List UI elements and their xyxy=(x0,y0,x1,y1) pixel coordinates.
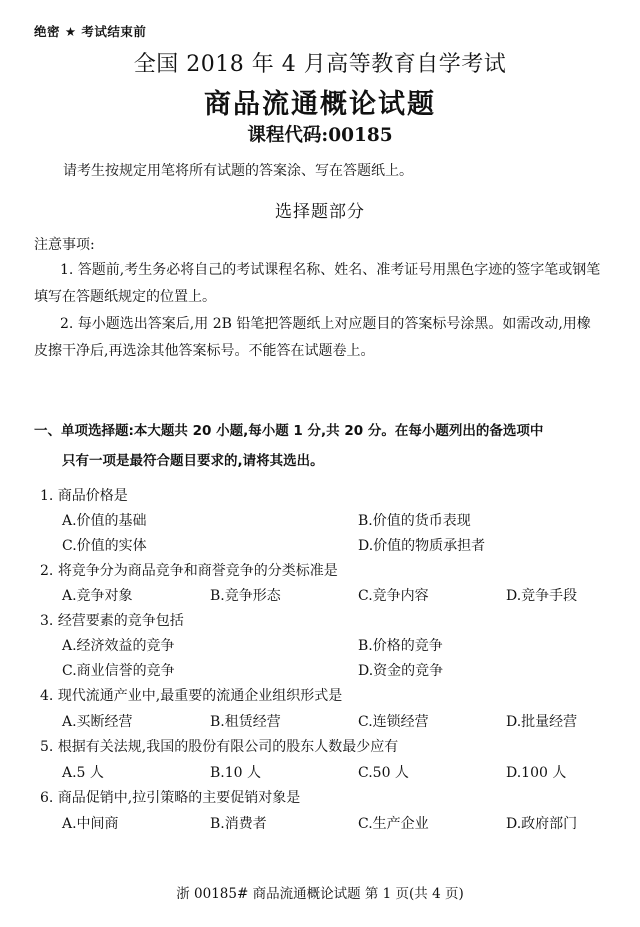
option-a: A.中间商 xyxy=(62,813,119,833)
exam-title: 全国 2018 年 4 月高等教育自学考试 xyxy=(0,47,640,78)
section-heading: 一、单项选择题:本大题共 20 小题,每小题 1 分,共 20 分。在每小题列出… xyxy=(34,419,543,439)
question-stem: 商品促销中,拉引策略的主要促销对象是 xyxy=(58,790,300,806)
note-line: 皮擦干净后,再选涂其他答案标号。不能答在试题卷上。 xyxy=(34,340,374,360)
option-b: B.竞争形态 xyxy=(210,585,281,605)
question-stem: 根据有关法规,我国的股份有限公司的股东人数最少应有 xyxy=(58,739,398,755)
question-3: 3. 经营要素的竞争包括 xyxy=(40,610,184,630)
note-line: 2. 每小题选出答案后,用 2B 铅笔把答题纸上对应题目的答案标号涂黑。如需改动… xyxy=(60,313,591,333)
question-number: 2. xyxy=(40,563,53,579)
option-a: A.买断经营 xyxy=(62,711,133,731)
question-4: 4. 现代流通产业中,最重要的流通企业组织形式是 xyxy=(40,685,342,705)
option-a: A.5 人 xyxy=(62,762,104,782)
question-number: 4. xyxy=(40,688,53,704)
course-code: 课程代码:00185 xyxy=(0,121,640,147)
question-2: 2. 将竞争分为商品竞争和商誉竞争的分类标准是 xyxy=(40,560,338,580)
question-stem: 经营要素的竞争包括 xyxy=(58,613,184,629)
question-stem: 现代流通产业中,最重要的流通企业组织形式是 xyxy=(58,688,342,704)
question-6: 6. 商品促销中,拉引策略的主要促销对象是 xyxy=(40,787,300,807)
option-d: D.批量经营 xyxy=(506,711,577,731)
confidential-mark: 绝密 ★ 考试结束前 xyxy=(34,22,146,40)
option-d: D.100 人 xyxy=(506,762,566,782)
option-d: D.竞争手段 xyxy=(506,585,577,605)
option-c: C.生产企业 xyxy=(358,813,429,833)
option-b: B.租赁经营 xyxy=(210,711,281,731)
question-stem: 将竞争分为商品竞争和商誉竞争的分类标准是 xyxy=(58,563,338,579)
question-number: 6. xyxy=(40,790,53,806)
option-d: D.价值的物质承担者 xyxy=(358,535,485,555)
note-line: 1. 答题前,考生务必将自己的考试课程名称、姓名、准考证号用黑色字迹的签字笔或钢… xyxy=(60,259,600,279)
option-b: B.价格的竞争 xyxy=(358,635,443,655)
question-number: 1. xyxy=(40,488,53,504)
section-heading-cont: 只有一项是最符合题目要求的,请将其选出。 xyxy=(62,449,324,469)
option-b: B.价值的货币表现 xyxy=(358,510,471,530)
question-number: 3. xyxy=(40,613,53,629)
question-1: 1. 商品价格是 xyxy=(40,485,128,505)
paper-title: 商品流通概论试题 xyxy=(0,82,640,121)
option-c: C.竞争内容 xyxy=(358,585,429,605)
option-c: C.价值的实体 xyxy=(62,535,147,555)
notes-heading: 注意事项: xyxy=(34,234,95,254)
answer-instruction: 请考生按规定用笔将所有试题的答案涂、写在答题纸上。 xyxy=(63,160,413,180)
option-a: A.经济效益的竞争 xyxy=(62,635,175,655)
page-footer: 浙 00185# 商品流通概论试题 第 1 页(共 4 页) xyxy=(0,882,640,902)
option-a: A.价值的基础 xyxy=(62,510,147,530)
option-c: C.50 人 xyxy=(358,762,409,782)
option-d: D.政府部门 xyxy=(506,813,577,833)
option-a: A.竞争对象 xyxy=(62,585,133,605)
option-b: B.10 人 xyxy=(210,762,261,782)
question-number: 5. xyxy=(40,739,53,755)
option-c: C.商业信誉的竞争 xyxy=(62,660,175,680)
question-5: 5. 根据有关法规,我国的股份有限公司的股东人数最少应有 xyxy=(40,736,398,756)
option-d: D.资金的竞争 xyxy=(358,660,443,680)
option-b: B.消费者 xyxy=(210,813,267,833)
part-title: 选择题部分 xyxy=(0,197,640,222)
note-line: 填写在答题纸规定的位置上。 xyxy=(34,286,216,306)
question-stem: 商品价格是 xyxy=(58,488,128,504)
option-c: C.连锁经营 xyxy=(358,711,429,731)
